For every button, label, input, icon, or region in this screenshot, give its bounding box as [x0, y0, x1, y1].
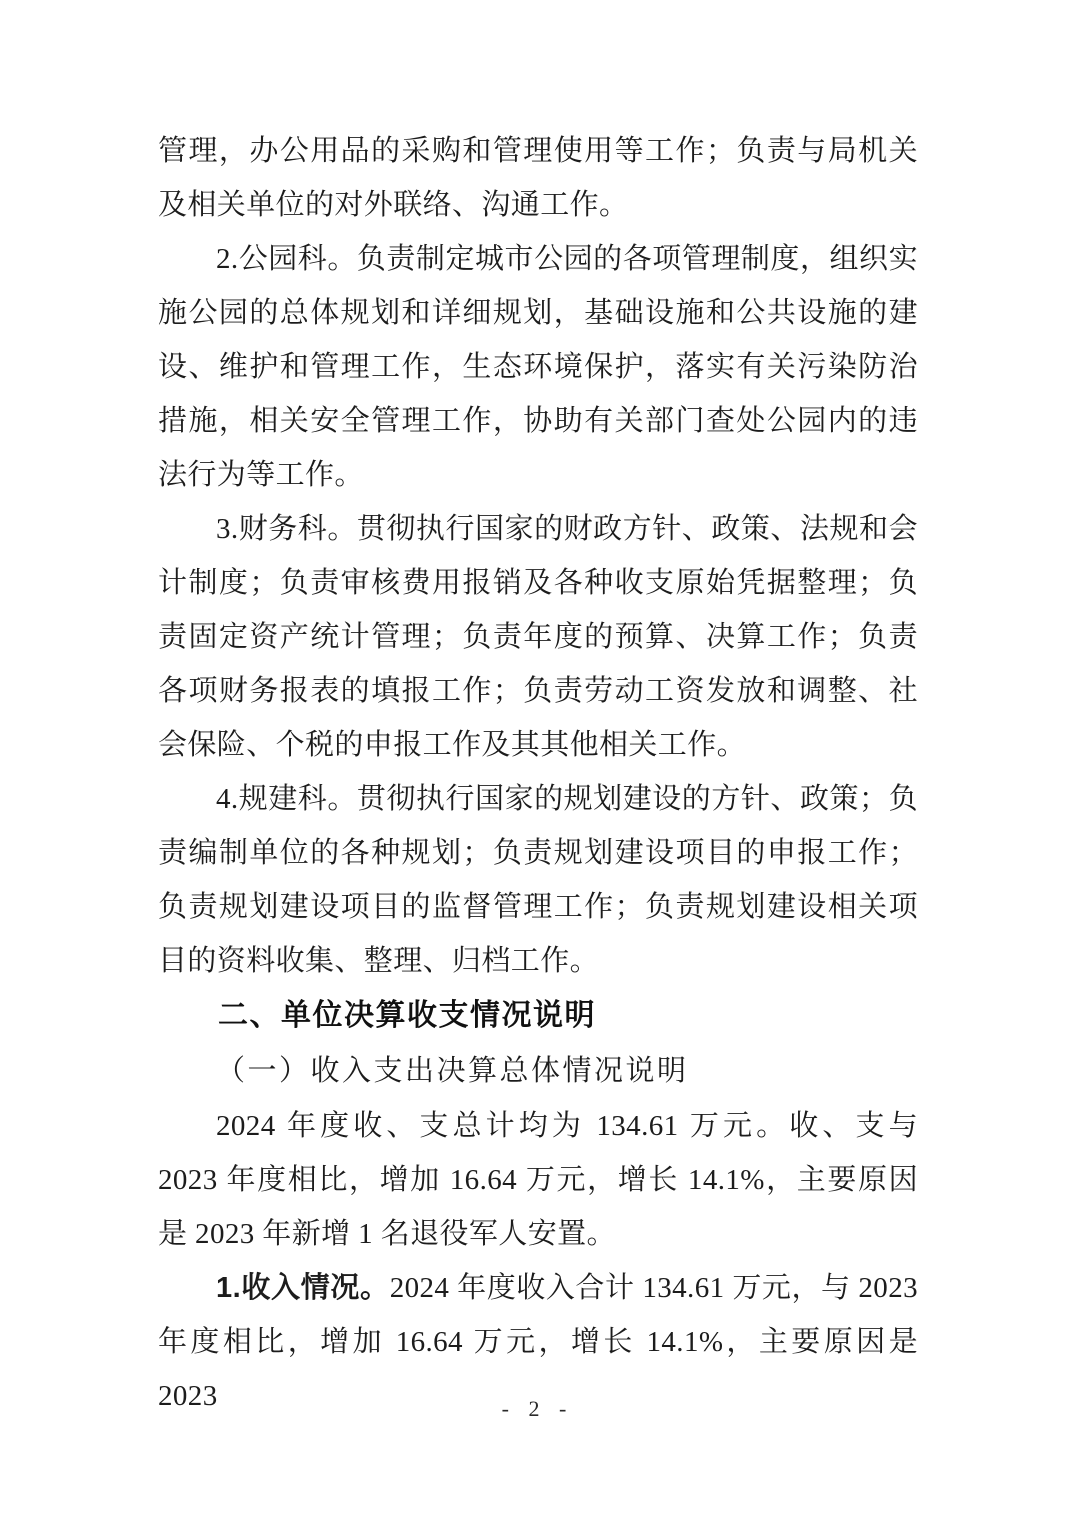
income-situation-lead-label: 1.收入情况。	[216, 1272, 390, 1304]
paragraph-budget-totals: 2024 年度收、支总计均为 134.61 万元。收、支与 2023 年度相比，…	[158, 1099, 918, 1261]
subsection-heading-income-expenditure: （一）收入支出决算总体情况说明	[158, 1044, 918, 1099]
paragraph-finance-section: 3.财务科。贯彻执行国家的财政方针、政策、法规和会计制度；负责审核费用报销及各种…	[158, 502, 918, 772]
paragraph-planning-section: 4.规建科。贯彻执行国家的规划建设的方针、政策；负责编制单位的各种规划；负责规划…	[158, 772, 918, 988]
page-number: - 2 -	[0, 1396, 1075, 1422]
paragraph-park-section: 2.公园科。负责制定城市公园的各项管理制度，组织实施公园的总体规划和详细规划，基…	[158, 232, 918, 502]
document-page: 管理，办公用品的采购和管理使用等工作；负责与局机关及相关单位的对外联络、沟通工作…	[0, 0, 1075, 1520]
text-body: 管理，办公用品的采购和管理使用等工作；负责与局机关及相关单位的对外联络、沟通工作…	[158, 124, 918, 1423]
paragraph-general-affairs-continuation: 管理，办公用品的采购和管理使用等工作；负责与局机关及相关单位的对外联络、沟通工作…	[158, 124, 918, 232]
section-heading-budget-overview: 二、单位决算收支情况说明	[158, 988, 918, 1044]
